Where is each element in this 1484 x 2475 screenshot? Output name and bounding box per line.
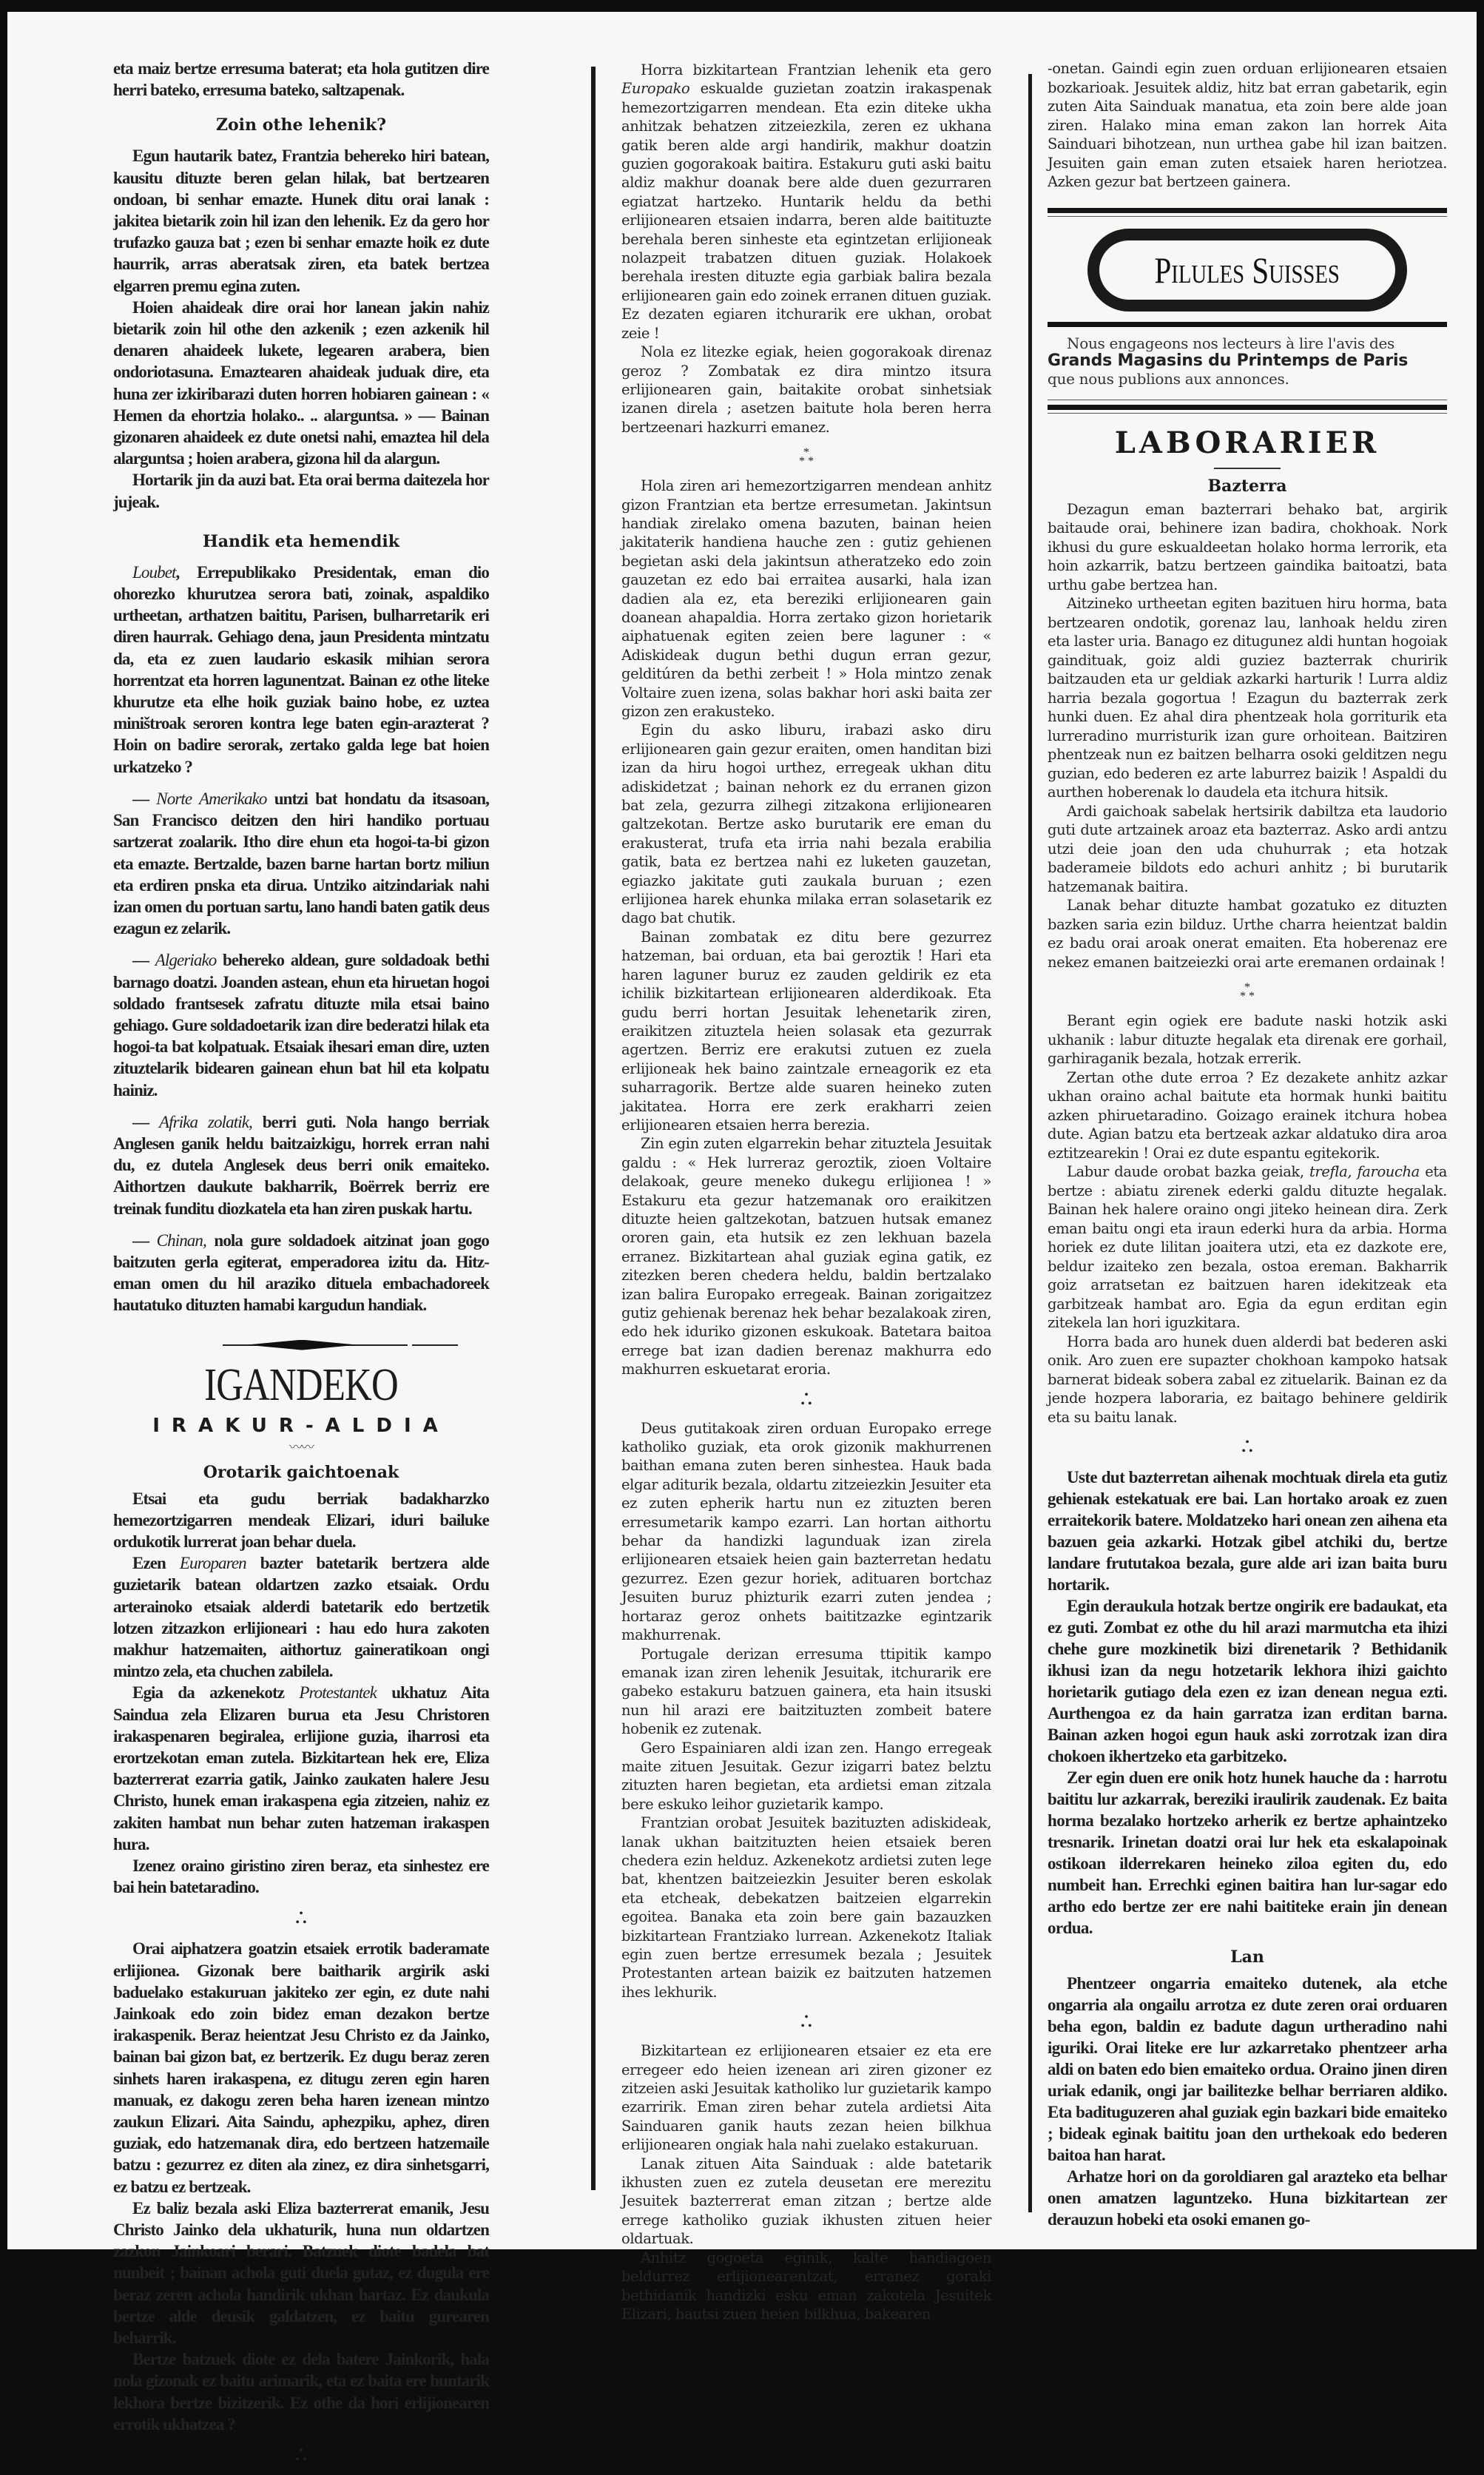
paragraph: Hortarik jin da auzi bat. Eta orai berma…	[113, 469, 489, 512]
paragraph: Loubet, Errepublikako Presidentak, eman …	[113, 562, 489, 778]
paragraph: Zertan othe dute erroa ? Ez dezakete anh…	[1048, 1068, 1447, 1163]
ornament-divider	[113, 1338, 489, 1352]
paragraph: Phentzeer ongarria emaiteko dutenek, ala…	[1048, 1973, 1447, 2166]
column-2: Horra bizkitartean Frantzian lehenik eta…	[621, 61, 991, 2257]
bazterra-part-c: Uste dut bazterretan aihenak mochtuak di…	[1048, 1467, 1447, 1939]
paragraph: -onetan. Gaindi egin zuen orduan erlijio…	[1048, 59, 1447, 192]
paragraph: Horra bizkitartean Frantzian lehenik eta…	[621, 61, 991, 343]
paragraph: Dezagun eman bazterrari behako bat, argi…	[1048, 500, 1447, 595]
paragraph: Arhatze hori on da goroldiaren gal arazt…	[1048, 2166, 1447, 2230]
asterism-divider: •• •	[113, 1910, 489, 1927]
paragraph: Ez baliz bezala aski Eliza bazterrerat e…	[113, 2198, 489, 2257]
lan-body: Phentzeer ongarria emaiteko dutenek, ala…	[1048, 1973, 1447, 2230]
asterism-divider: ** *	[1048, 983, 1447, 1001]
paragraph: Deus gutitakoak ziren orduan Europako er…	[621, 1419, 991, 1645]
rule	[1048, 322, 1447, 327]
paragraph: Lanak behar dituzte hambat gozatuko ez d…	[1048, 896, 1447, 972]
paragraph: Aitzineko urtheetan egiten bazituen hiru…	[1048, 594, 1447, 802]
paragraph: Zin egin zuten elgarrekin behar zituztel…	[621, 1134, 991, 1378]
paragraph: Hoien ahaideak dire orai hor lanean jaki…	[113, 297, 489, 470]
paragraph: Uste dut bazterretan aihenak mochtuak di…	[1048, 1467, 1447, 1595]
bazterra-part-a: Dezagun eman bazterrari behako bat, argi…	[1048, 500, 1447, 972]
section-title-handik-eta-hemendik: Handik eta hemendik	[113, 532, 489, 551]
pilules-suisses-logo: Pilules Suisses	[1087, 229, 1407, 312]
paragraph: Egin du asko liburu, irabazi asko diru e…	[621, 721, 991, 927]
paragraph: Nola ez litezke egiak, heien gogorakoak …	[621, 343, 991, 437]
article-part-a: Horra bizkitartean Frantzian lehenik eta…	[621, 61, 991, 437]
column-1: eta maiz bertze erresuma baterat; eta ho…	[113, 58, 489, 2257]
paragraph: Egin deraukula hotzak bertze ongirik ere…	[1048, 1595, 1447, 1767]
newspaper-page: eta maiz bertze erresuma baterat; eta ho…	[7, 7, 1477, 2249]
column-rule-right	[1028, 74, 1032, 2212]
paragraph: Labur daude orobat bazka geiak, trefla, …	[1048, 1162, 1447, 1333]
column-3: -onetan. Gaindi egin zuen orduan erlijio…	[1048, 59, 1447, 2230]
paragraph: Etsai eta gudu berriak badakharzko hemez…	[113, 1488, 489, 1553]
feature-title-2: IRAKUR-ALDIA	[113, 1414, 489, 1438]
advert-block: Pilules Suisses Nous engageons nos lecte…	[1048, 208, 1447, 414]
paragraph: Ardi gaichoak sabelak hertsirik dabiltza…	[1048, 802, 1447, 897]
rule	[1048, 208, 1447, 213]
asterism-divider: •• •	[1048, 1438, 1447, 1456]
paragraph: Lanak zituen Aita Sainduak : alde bateta…	[621, 2155, 991, 2249]
advert-notice: Nous engageons nos lecteurs à lire l'avi…	[1048, 334, 1447, 388]
paragraph: Berant egin ogiek ere badute naski hotzi…	[1048, 1011, 1447, 1068]
section-title-zoin-othe-lehenik: Zoin othe lehenik?	[113, 115, 489, 135]
article-part-c: Deus gutitakoak ziren orduan Europako er…	[621, 1419, 991, 2002]
paragraph: Frantzian orobat Jesuitek bazituzten adi…	[621, 1814, 991, 2001]
paragraph: Egia da azkenekotz Protestantek ukhatuz …	[113, 1682, 489, 1855]
paragraph: Ezen Europaren bazter batetarik bertzera…	[113, 1552, 489, 1682]
feature-subtitle: Orotarik gaichtoenak	[113, 1463, 489, 1482]
paragraph: Orai aiphatzera goatzin etsaiek errotik …	[113, 1938, 489, 2197]
rule	[1048, 400, 1447, 400]
subsection-title-bazterra: Bazterra	[1048, 477, 1447, 496]
paragraph: Gero Espainiaren aldi izan zen. Hango er…	[621, 1739, 991, 1814]
section-title-laborarier: LABORARIER	[1048, 425, 1447, 460]
paragraph: Bizkitartean ez erlijionearen etsaier ez…	[621, 2041, 991, 2154]
bazterra-part-b: Berant egin ogiek ere badute naski hotzi…	[1048, 1011, 1447, 1427]
paragraph: Izenez oraino giristino ziren beraz, eta…	[113, 1855, 489, 1898]
paragraph: Anhitz gogoeta eginik, kalte handiagoen …	[621, 2249, 991, 2257]
news-items: Loubet, Errepublikako Presidentak, eman …	[113, 562, 489, 1316]
paragraph: — Afrika zolatik, berri guti. Nola hango…	[113, 1111, 489, 1219]
subsection-title-lan: Lan	[1048, 1947, 1447, 1967]
asterism-divider: •• •	[621, 1391, 991, 1409]
column-rule-left	[591, 67, 596, 2190]
feature-title: IGANDEKO	[147, 1361, 456, 1410]
paragraph: Zer egin duen ere onik hotz hunek hauche…	[1048, 1767, 1447, 1939]
advert-store-name: Grands Magasins du Printemps de Paris	[1048, 352, 1447, 370]
paragraph: Hola ziren ari hemezortzigarren mendean …	[621, 477, 991, 721]
asterism-divider: •• •	[621, 2013, 991, 2031]
wavy-divider: 〰〰	[113, 1442, 489, 1452]
feature-body: Etsai eta gudu berriak badakharzko hemez…	[113, 1488, 489, 2257]
paragraph: Bainan zombatak ez ditu bere gezurrez ha…	[621, 928, 991, 1134]
paragraph: — Algeriako behereko aldean, gure soldad…	[113, 949, 489, 1100]
paragraph: — Chinan, nola gure soldadoek aitzinat j…	[113, 1230, 489, 1316]
paragraph: Horra bada aro hunek duen alderdi bat be…	[1048, 1333, 1447, 1427]
short-rule	[1214, 468, 1281, 469]
rule	[1048, 413, 1447, 414]
paragraph: Egun hautarik batez, Frantzia behereko h…	[113, 145, 489, 296]
rule	[1048, 216, 1447, 217]
paragraph: Portugale derizan erresuma ttipitik kamp…	[621, 1645, 991, 1739]
paragraph: eta maiz bertze erresuma baterat; eta ho…	[113, 58, 489, 101]
scan-border	[7, 7, 1477, 12]
paragraph: — Norte Amerikako untzi bat hondatu da i…	[113, 788, 489, 939]
article-part-b: Hola ziren ari hemezortzigarren mendean …	[621, 477, 991, 1379]
rule	[1048, 405, 1447, 410]
asterism-divider: ** *	[621, 448, 991, 466]
article-part-d: Bizkitartean ez erlijionearen etsaier ez…	[621, 2041, 991, 2257]
